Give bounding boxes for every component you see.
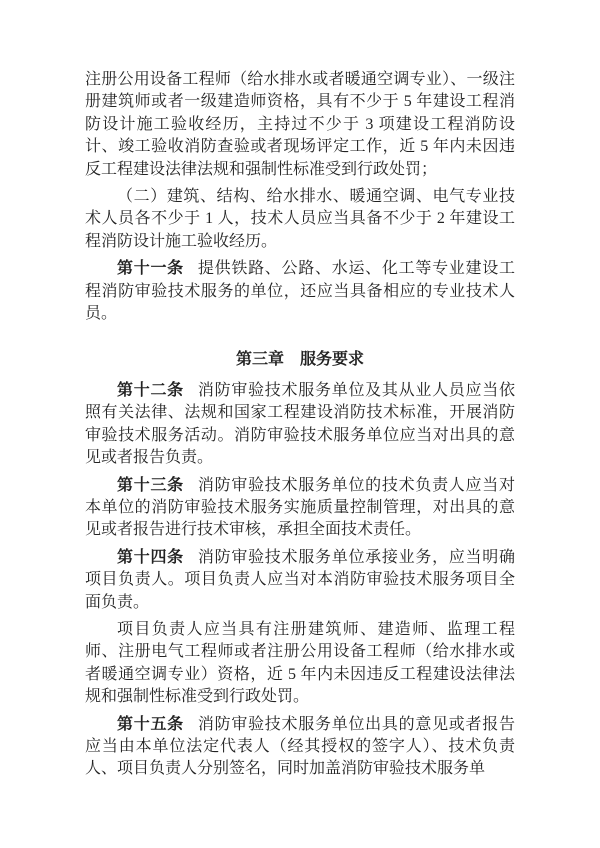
clause-2-paragraph: （二）建筑、结构、给水排水、暖通空调、电气专业技术人员各不少于 1 人，技术人员… [85, 186, 515, 253]
article-13-paragraph: 第十三条消防审验技术服务单位的技术负责人应当对本单位的消防审验技术服务实施质量控… [85, 475, 515, 542]
project-leader-paragraph: 项目负责人应当具有注册建筑师、建造师、监理工程师、注册电气工程师或者注册公用设备… [85, 619, 515, 709]
article-15-label: 第十五条 [117, 716, 184, 733]
document-page: 注册公用设备工程师（给水排水或者暖通空调专业）、一级注册建筑师或者一级建造师资格… [0, 0, 600, 848]
article-12-label: 第十二条 [117, 382, 184, 399]
article-11-paragraph: 第十一条提供铁路、公路、水运、化工等专业建设工程消防审验技术服务的单位，还应当具… [85, 258, 515, 325]
continuation-paragraph: 注册公用设备工程师（给水排水或者暖通空调专业）、一级注册建筑师或者一级建造师资格… [85, 69, 515, 181]
article-12-paragraph: 第十二条消防审验技术服务单位及其从业人员应当依照有关法律、法规和国家工程建设消防… [85, 380, 515, 470]
article-15-paragraph: 第十五条消防审验技术服务单位出具的意见或者报告应当由本单位法定代表人（经其授权的… [85, 714, 515, 781]
article-13-label: 第十三条 [117, 477, 184, 494]
article-14-paragraph: 第十四条消防审验技术服务单位承接业务，应当明确项目负责人。项目负责人应当对本消防… [85, 547, 515, 614]
article-14-label: 第十四条 [117, 549, 184, 566]
article-11-label: 第十一条 [117, 260, 184, 277]
chapter-3-heading: 第三章 服务要求 [85, 349, 515, 371]
